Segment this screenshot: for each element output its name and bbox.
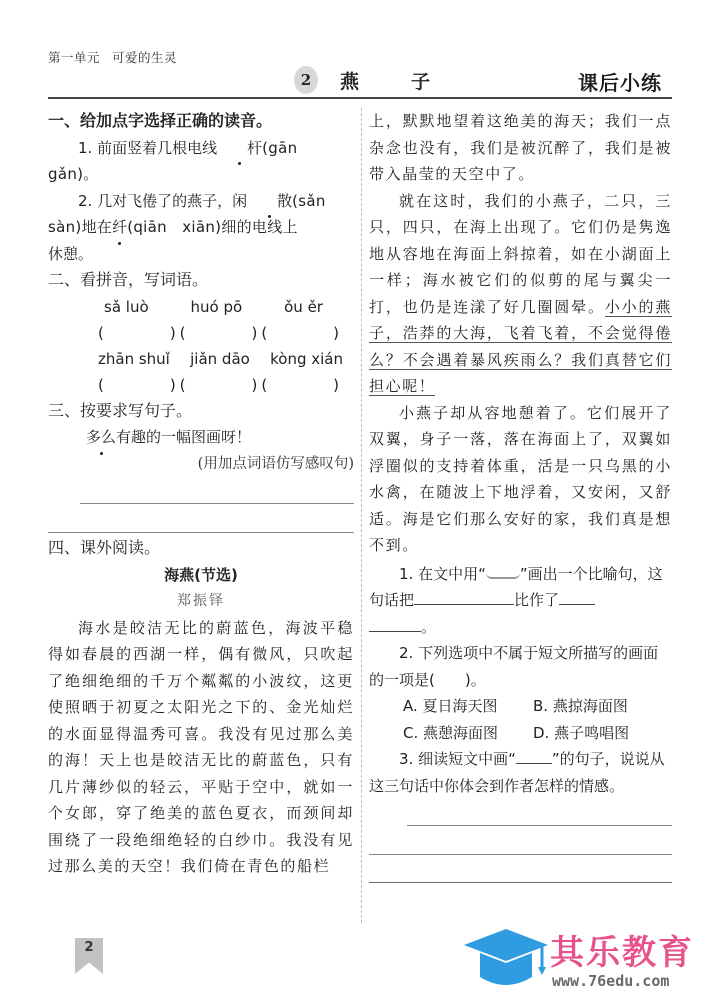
section1-question2-cont: sàn)地在纤(qiān xiān)细的电线上	[48, 214, 354, 241]
answer-blank[interactable]	[98, 320, 180, 346]
section2-title: 二、看拼音，写词语。	[48, 267, 354, 294]
option-c[interactable]: C. 燕憩海面图	[403, 720, 533, 747]
answer-blank[interactable]	[180, 372, 262, 398]
pinyin-word: ǒu ěr	[284, 294, 323, 320]
example-rest: 有趣的一幅图画呀！	[116, 428, 251, 446]
pinyin-options[interactable]: (qiān xiān)细的电线上	[127, 218, 298, 236]
passage-paragraph-1-cont: 上，默默地望着这绝美的海天；我们一点杂念也没有，我们是被沉醉了，我们是被带入晶莹…	[369, 108, 672, 188]
answer-blank[interactable]	[98, 372, 180, 398]
section3-title: 三、按要求写句子。	[48, 398, 354, 425]
pinyin-word: sǎ luò	[104, 294, 149, 320]
passage-title: 海燕(节选)	[48, 562, 354, 589]
section1-question1-cont[interactable]: gǎn)。	[48, 161, 354, 188]
passage-author: 郑振铎	[48, 588, 354, 615]
page-number: 2	[75, 940, 103, 955]
q3-text-a: 3. 细读短文中画“	[399, 750, 516, 768]
dotted-char: 散	[247, 188, 292, 215]
left-column: 一、给加点字选择正确的读音。 1. 前面竖着几根电线杆(gān gǎn)。 2.…	[48, 108, 354, 880]
fill-blank[interactable]	[414, 591, 514, 605]
fill-blank[interactable]	[369, 618, 421, 632]
lesson-title: 燕子	[340, 67, 482, 94]
fill-blank[interactable]	[559, 591, 595, 605]
example-sentence: 多么有趣的一幅图画呀！	[86, 424, 354, 451]
answer-blanks-row-2	[98, 372, 343, 398]
reading-question-1-end: 。	[369, 614, 672, 641]
reading-question-3: 3. 细读短文中画“”的句子，说说从这三句话中你体会到作者怎样的情感。	[369, 746, 672, 799]
section3-hint: (用加点词语仿写感叹句)	[48, 451, 354, 478]
section4-title: 四、课外阅读。	[48, 535, 354, 562]
option-b[interactable]: B. 燕掠海面图	[533, 693, 663, 720]
pinyin-options[interactable]: (sǎn	[292, 192, 326, 210]
pinyin-options[interactable]: (gān	[262, 139, 297, 157]
pinyin-word: huó pō	[191, 294, 243, 320]
watermark: 其乐教育 www.76edu.com	[460, 925, 720, 1000]
section1-title: 一、给加点字选择正确的读音。	[48, 108, 354, 135]
pinyin-word: zhān shuǐ	[98, 346, 170, 372]
q1-end: 。	[421, 618, 436, 636]
q2-text: 2. 几对飞倦了的燕子，闲	[78, 192, 247, 210]
pinyin-grid: sǎ luò huó pō ǒu ěr zhān shuǐ jiǎn dāo k…	[98, 294, 343, 398]
answer-blanks-row-1	[98, 320, 343, 346]
section1-question1: 1. 前面竖着几根电线杆(gān	[48, 135, 354, 162]
option-a[interactable]: A. 夏日海天图	[403, 693, 533, 720]
pinyin-word: kòng xián	[270, 346, 343, 372]
pinyin-row-1: sǎ luò huó pō ǒu ěr	[98, 294, 343, 320]
title-row: 2 燕子 课后小练	[48, 63, 672, 99]
pinyin-options[interactable]: sàn)地在	[48, 218, 112, 236]
answer-blank[interactable]	[180, 320, 262, 346]
dotted-word: 多么	[86, 424, 116, 451]
passage-paragraph-3: 小燕子却从容地憩着了。它们展开了双翼，身子一落，落在海面上了，双翼如浮圈似的支持…	[369, 400, 672, 559]
column-divider	[361, 108, 362, 923]
lesson-number-badge: 2	[294, 66, 318, 94]
dotted-char: 纤	[112, 214, 127, 241]
watermark-brand: 其乐教育	[550, 925, 694, 974]
reading-question-1: 1. 在文中用“”画出一个比喻句，这句话把比作了	[369, 561, 672, 614]
watermark-url: www.76edu.com	[552, 972, 669, 990]
answer-blank[interactable]	[261, 372, 343, 398]
answer-line[interactable]	[369, 882, 672, 883]
pinyin-word: jiǎn dāo	[190, 346, 250, 372]
practice-label: 课后小练	[578, 67, 662, 96]
graduation-cap-icon	[460, 927, 550, 997]
q1-text-c: 比作了	[514, 591, 559, 609]
wavy-underline-sample	[486, 569, 520, 579]
section1-question2-end: 休憩。	[48, 241, 354, 268]
reading-question-2: 2. 下列选项中不属于短文所描写的画面的一项是( )。	[369, 640, 672, 693]
q1-text-a: 1. 在文中用“	[399, 565, 486, 583]
right-column: 上，默默地望着这绝美的海天；我们一点杂念也没有，我们是被沉醉了，我们是被带入晶莹…	[369, 108, 672, 883]
q1-text: 1. 前面竖着几根电线	[78, 139, 217, 157]
pinyin-row-2: zhān shuǐ jiǎn dāo kòng xián	[98, 346, 343, 372]
dotted-char: 杆	[217, 135, 262, 162]
section1-question2: 2. 几对飞倦了的燕子，闲散(sǎn	[48, 188, 354, 215]
para2-text: 就在这时，我们的小燕子，二只，三只，四只，在海上出现了。它们仍是隽逸地从容地在海…	[369, 192, 672, 316]
answer-blank[interactable]	[261, 320, 343, 346]
option-d[interactable]: D. 燕子鸣唱图	[533, 720, 663, 747]
passage-paragraph-2: 就在这时，我们的小燕子，二只，三只，四只，在海上出现了。它们仍是隽逸地从容地在海…	[369, 188, 672, 400]
passage-paragraph-1: 海水是皎洁无比的蔚蓝色，海波平稳得如春晨的西湖一样，偶有微风，只吹起了绝细绝细的…	[48, 615, 354, 880]
reading-question-2-options: A. 夏日海天图 B. 燕掠海面图 C. 燕憩海面图 D. 燕子鸣唱图	[369, 693, 672, 746]
underline-sample	[516, 754, 552, 764]
section-separator-line	[48, 532, 354, 533]
